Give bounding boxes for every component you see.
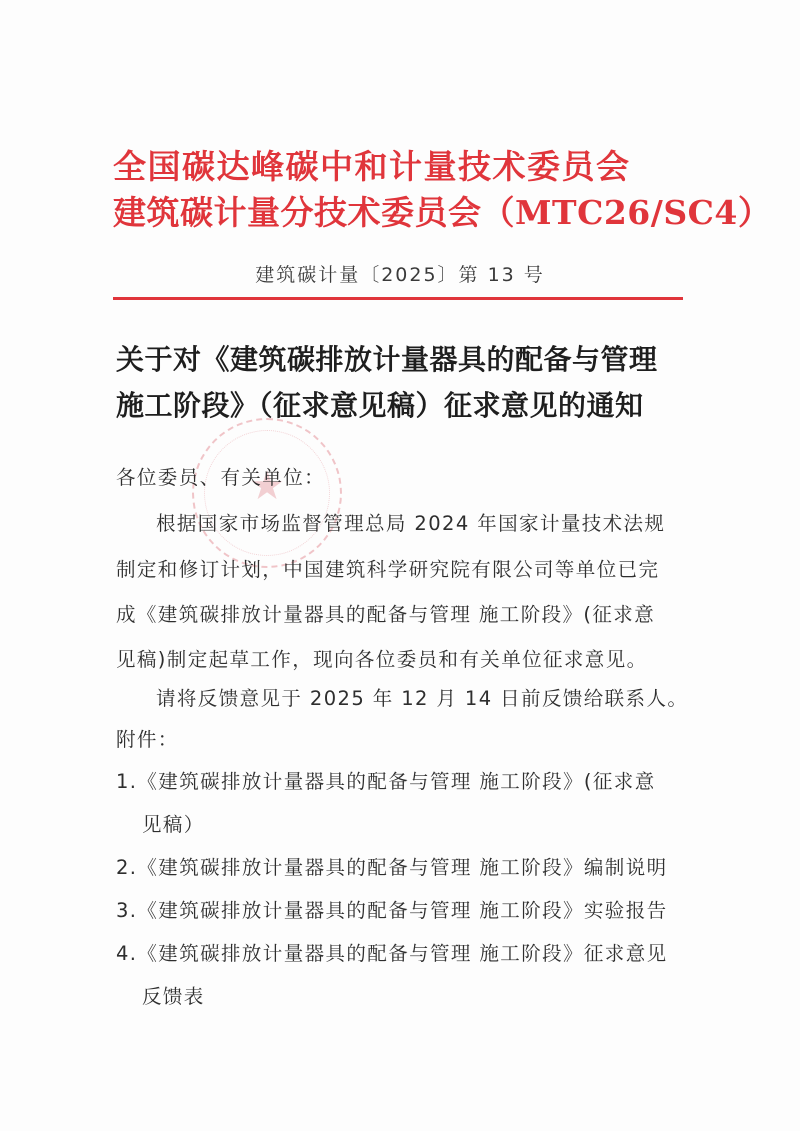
paragraph1-line4: 见稿)制定起草工作，现向各位委员和有关单位征求意见。 — [116, 650, 648, 670]
attachment-2: 2.《建筑碳排放计量器具的配备与管理 施工阶段》编制说明 — [116, 858, 668, 878]
attachment-1-line1: 1.《建筑碳排放计量器具的配备与管理 施工阶段》(征求意 — [116, 772, 656, 792]
document-page: 全国碳达峰碳中和计量技术委员会 建筑碳计量分技术委员会（MTC26/SC4） 建… — [0, 0, 800, 1131]
paragraph1-line2: 制定和修订计划，中国建筑科学研究院有限公司等单位已完 — [116, 560, 659, 580]
attachment-3: 3.《建筑碳排放计量器具的配备与管理 施工阶段》实验报告 — [116, 901, 668, 921]
document-number: 建筑碳计量〔2025〕第 13 号 — [0, 260, 800, 287]
notice-title-line2: 施工阶段》（征求意见稿）征求意见的通知 — [116, 392, 696, 420]
paragraph1-line1: 根据国家市场监督管理总局 2024 年国家计量技术法规 — [156, 514, 665, 534]
notice-title-line1: 关于对《建筑碳排放计量器具的配备与管理 — [116, 346, 696, 374]
subcommittee-title: 建筑碳计量分技术委员会（MTC26/SC4） — [113, 196, 693, 229]
paragraph1-line3: 成《建筑碳排放计量器具的配备与管理 施工阶段》(征求意 — [116, 605, 655, 625]
paragraph2: 请将反馈意见于 2025 年 12 月 14 日前反馈给联系人。 — [156, 689, 688, 709]
attachment-4-line1: 4.《建筑碳排放计量器具的配备与管理 施工阶段》征求意见 — [116, 944, 668, 964]
attachment-1-line2: 见稿） — [142, 815, 205, 835]
official-seal-icon: ★ — [192, 418, 342, 568]
attachment-4-line2: 反馈表 — [142, 987, 205, 1007]
salutation: 各位委员、有关单位： — [116, 468, 325, 488]
attachments-label: 附件： — [116, 730, 179, 750]
committee-title: 全国碳达峰碳中和计量技术委员会 — [113, 150, 693, 183]
red-divider — [113, 297, 683, 300]
